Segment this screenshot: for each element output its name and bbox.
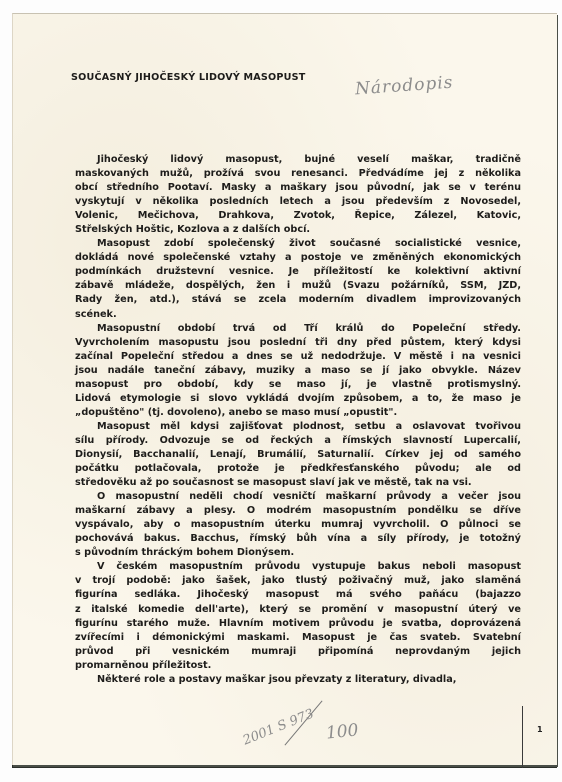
text-line: počátku potlačovala, protože je předkřes… [75, 462, 521, 476]
text-line: sílu přírody. Odvozuje se od řeckých a ř… [75, 434, 521, 448]
text-line: V českém masopustním průvodu vystupuje b… [75, 560, 521, 574]
text-line: středověku až po současnost se masopust … [75, 476, 521, 490]
text-line: obcí středního Pootaví. Masky a maškary … [75, 181, 521, 195]
text-line: maškarní zábavy a plesy. O modrém masopu… [75, 504, 521, 518]
text-line: začínal Popeleční středou a dnes se už n… [75, 350, 521, 364]
text-line: Střelských Hoštic, Kozlova a z dalších o… [75, 223, 521, 237]
text-line: z italské komedie dell'arte), který se p… [75, 603, 521, 617]
text-line: Dionysií, Bacchanalií, Lenají, Brumálií,… [75, 448, 521, 462]
paragraph: Některé role a postavy maškar jsou převz… [75, 673, 521, 687]
text-line: Lidová etymologie si slovo vykládá dvojí… [75, 392, 521, 406]
paragraph: Masopust zdobí společenský život současn… [75, 237, 521, 321]
text-line: průvod při vesnickém mumraji připomíná n… [75, 645, 521, 659]
text-line: figurínu starého muže. Hlavním motivem p… [75, 617, 521, 631]
text-line: maskovaných mužů, prožívá svou renesanci… [75, 167, 521, 181]
handwritten-catalog-number: 2001 S 973 [241, 706, 316, 748]
text-line: scének. [75, 308, 521, 322]
text-line: dokládá nové společenské vztahy a postoj… [75, 251, 521, 265]
text-line: O masopustní neděli chodí vesničtí maška… [75, 490, 521, 504]
paragraph: O masopustní neděli chodí vesničtí maška… [75, 490, 521, 560]
text-line: pochovává bakus. Bacchus, římský bůh vín… [75, 532, 521, 546]
text-line: Masopustní období trvá od Tří králů do P… [75, 322, 521, 336]
text-line: promarněnou příležitost. [75, 659, 521, 673]
text-line: podmínkách družstevní vesnice. Je přílež… [75, 265, 521, 279]
text-line: „dopuštěno" (tj. dovoleno), anebo se mas… [75, 406, 521, 420]
page-number: 1 [537, 725, 543, 734]
text-line: zvířecími i démonickými maskami. Masopus… [75, 631, 521, 645]
text-line: Jihočeský lidový masopust, bujné veselí … [75, 153, 521, 167]
text-line: s původním thráckým bohem Dionýsem. [75, 546, 521, 560]
document-page: SOUČASNÝ JIHOČESKÝ LIDOVÝ MASOPUST Národ… [12, 13, 557, 765]
document-body: Jihočeský lidový masopust, bujné veselí … [75, 153, 521, 687]
paragraph: Masopust měl kdysi zajišťovat plodnost, … [75, 420, 521, 490]
document-title: SOUČASNÝ JIHOČESKÝ LIDOVÝ MASOPUST [71, 72, 305, 83]
paragraph: Masopustní období trvá od Tří králů do P… [75, 322, 521, 420]
text-line: vyspávalo, aby o masopustním úterku mumr… [75, 518, 521, 532]
text-line: Některé role a postavy maškar jsou převz… [75, 673, 521, 687]
page-number-rule [522, 706, 523, 768]
text-line: Vyvrcholením masopustu jsou poslední tři… [75, 336, 521, 350]
text-line: Rady žen, atd.), stává se zcela moderním… [75, 293, 521, 307]
text-line: zábavě mládeže, dospělých, žen i mužů (S… [75, 279, 521, 293]
paragraph: Jihočeský lidový masopust, bujné veselí … [75, 153, 521, 237]
text-line: figurína sedláka. Jihočeský masopust má … [75, 588, 521, 602]
text-line: jsou nadále taneční zábavy, muziky a mas… [75, 364, 521, 378]
handwritten-note-top: Národopis [354, 73, 454, 100]
handwritten-page-count: 100 [325, 720, 359, 743]
text-line: Volenic, Mečichova, Drahkova, Zvotok, Ře… [75, 209, 521, 223]
text-line: Masopust zdobí společenský život současn… [75, 237, 521, 251]
text-line: Masopust měl kdysi zajišťovat plodnost, … [75, 420, 521, 434]
paragraph: V českém masopustním průvodu vystupuje b… [75, 560, 521, 672]
text-line: vyskytují v několika posledních letech a… [75, 195, 521, 209]
text-line: masopust pro období, kdy se maso jí, je … [75, 378, 521, 392]
text-line: v trojí podobě: jako šašek, jako tlustý … [75, 574, 521, 588]
